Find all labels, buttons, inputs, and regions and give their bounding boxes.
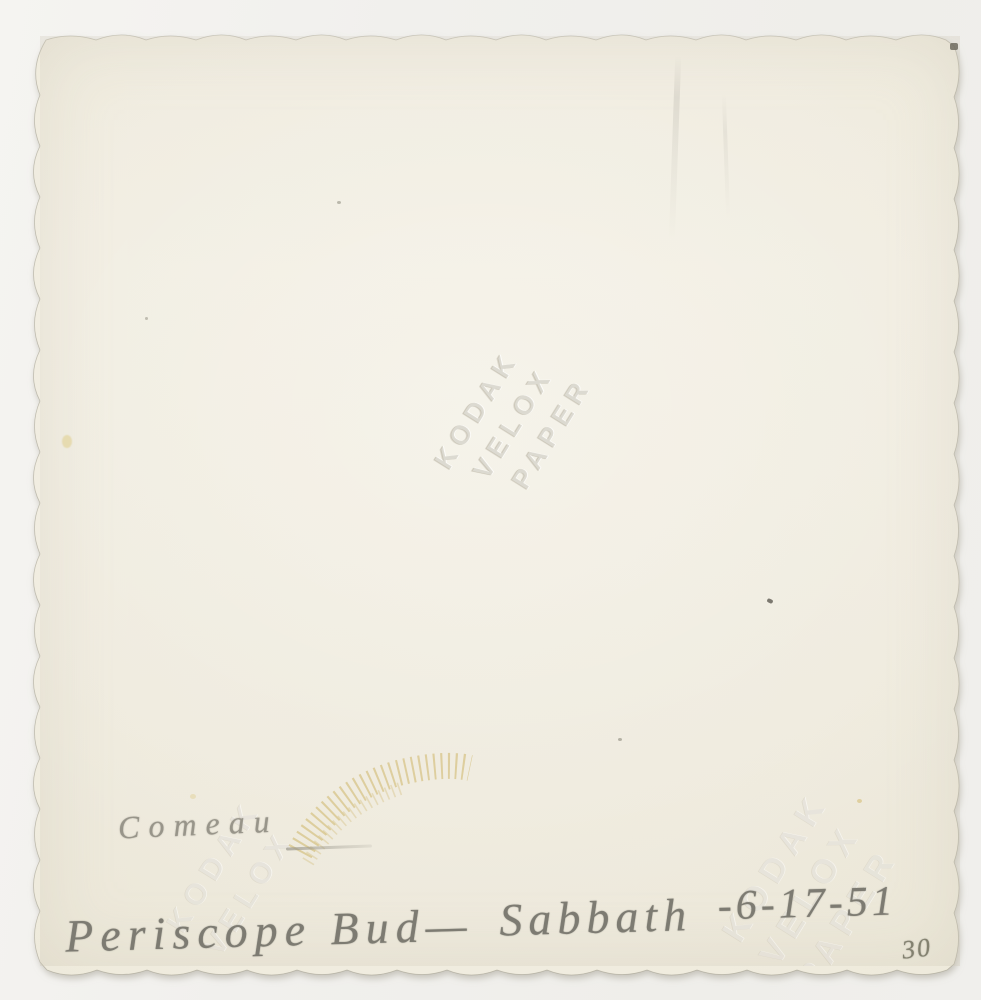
dust-speck <box>337 201 341 204</box>
caption-subject: Periscope Bud— <box>64 898 474 962</box>
handwritten-name: Comeau <box>117 803 279 847</box>
yellow-speck <box>190 794 196 799</box>
paper-texture-tint <box>40 36 960 966</box>
corner-number: 30 <box>900 932 933 965</box>
ghost-watermark-right: KODAK VELOX PAPER <box>712 783 914 966</box>
dark-fleck <box>766 598 773 604</box>
caption-occasion: Sabbath <box>499 888 693 946</box>
watermark-paper: PAPER <box>502 369 601 496</box>
yellow-stain-dot <box>62 435 72 448</box>
dust-speck <box>618 738 622 741</box>
handwriting-flourish <box>286 845 372 851</box>
paper-surface: KODAK VELOX PAPER KODAK VELOX KODAK VELO… <box>40 36 960 966</box>
kodak-velox-watermark: KODAK VELOX PAPER <box>425 329 601 517</box>
watermark-velox: VELOX <box>464 359 563 486</box>
ghost-paper: PAPER <box>787 838 909 966</box>
yellow-stain-arc <box>40 36 960 966</box>
vertical-pencil-smudge-faint <box>722 94 730 219</box>
handwritten-caption: Periscope Bud— Sabbath -6-17-51 <box>64 886 897 962</box>
ghost-brand: KODAK <box>156 791 273 942</box>
vertical-pencil-smudge <box>669 56 681 241</box>
ghost-velox: VELOX <box>193 821 305 964</box>
watermark-brand: KODAK <box>425 343 528 477</box>
yellow-speck <box>857 799 862 803</box>
dust-speck <box>145 317 148 320</box>
ghost-watermark-left: KODAK VELOX <box>156 791 310 965</box>
corner-dark-mark <box>950 43 958 50</box>
photo-verso-scan: KODAK VELOX PAPER KODAK VELOX KODAK VELO… <box>0 0 981 1000</box>
ghost-brand: KODAK <box>712 783 839 950</box>
caption-date: -6-17-51 <box>717 877 897 930</box>
ghost-velox: VELOX <box>749 814 871 966</box>
